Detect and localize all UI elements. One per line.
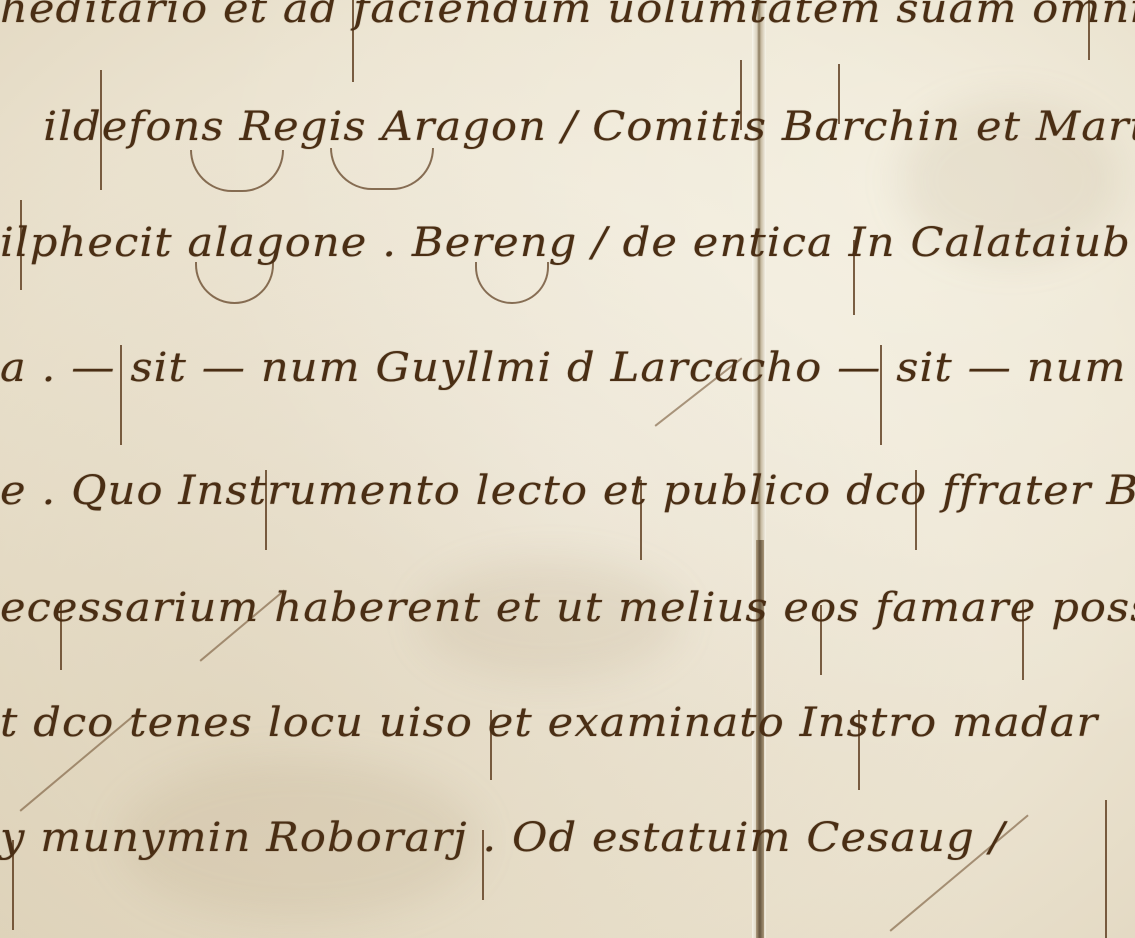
swash-flourish [190, 150, 284, 192]
manuscript-line-8: y munymin Roborarj . Od estatuim Cesaug … [0, 815, 1135, 861]
manuscript-line-6: ecessarium haberent et ut melius eos fam… [0, 585, 1135, 631]
swash-flourish [330, 148, 434, 190]
swash-flourish [195, 262, 274, 304]
manuscript-line-4: a . — sit — num Guyllmi d Larcacho — sit… [0, 345, 1135, 391]
manuscript-page: heditario et ad faciendum uolumtatem sua… [0, 0, 1135, 938]
manuscript-line-5: e . Quo Instrumento lecto et publico dco… [0, 468, 1135, 514]
manuscript-line-2: ildefons Regis Aragon / Comitis Barchin … [0, 104, 1135, 150]
manuscript-line-7: t dco tenes locu uiso et examinato Instr… [0, 700, 1135, 746]
manuscript-line-1: heditario et ad faciendum uolumtatem sua… [0, 0, 1135, 32]
swash-flourish [475, 262, 549, 304]
manuscript-line-3: ilphecit alagone . Bereng / de entica In… [0, 220, 1135, 266]
